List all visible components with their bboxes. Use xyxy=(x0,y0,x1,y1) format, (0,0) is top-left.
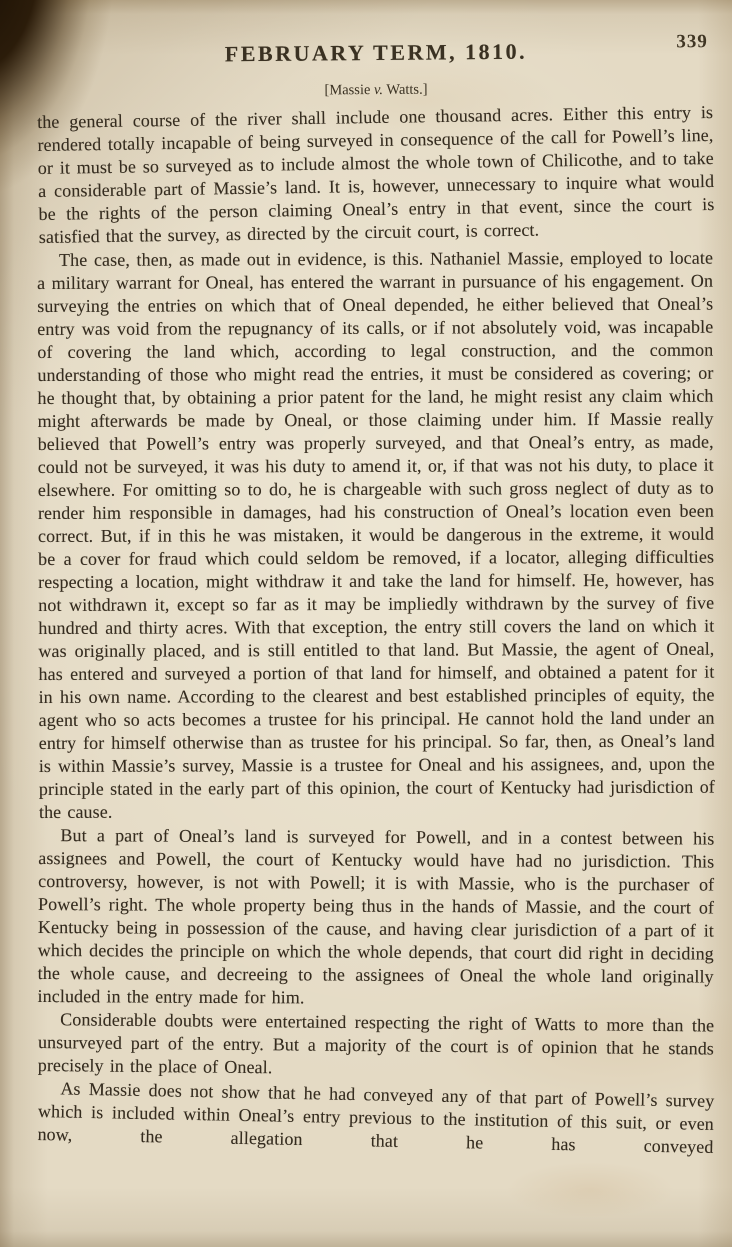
case-caption-open: [Massie xyxy=(324,82,374,98)
running-header: FEBRUARY TERM, 1810. 339 xyxy=(38,37,714,75)
page-number: 339 xyxy=(676,31,708,53)
paragraph-massie-conveyance: As Massie does not show that he had conv… xyxy=(37,1077,714,1159)
case-caption-close: Watts.] xyxy=(383,82,428,98)
paragraph-watts-doubts: Considerable doubts were entertained res… xyxy=(38,1008,715,1083)
case-caption: [Massie v. Watts.] xyxy=(38,80,714,102)
case-caption-versus: v. xyxy=(374,82,383,98)
term-header-title: FEBRUARY TERM, 1810. xyxy=(38,37,714,69)
paragraph-case-statement: The case, then, as made out in evidence,… xyxy=(37,247,715,824)
paragraph-continuation: the general course of the river shall in… xyxy=(37,101,715,249)
paragraph-powell-jurisdiction: But a part of Oneal’s land is surveyed f… xyxy=(38,824,715,1012)
book-page-scan: FEBRUARY TERM, 1810. 339 [Massie v. Watt… xyxy=(0,0,732,1247)
page-content: FEBRUARY TERM, 1810. 339 [Massie v. Watt… xyxy=(38,40,714,1146)
opinion-body: the general course of the river shall in… xyxy=(38,111,714,1146)
